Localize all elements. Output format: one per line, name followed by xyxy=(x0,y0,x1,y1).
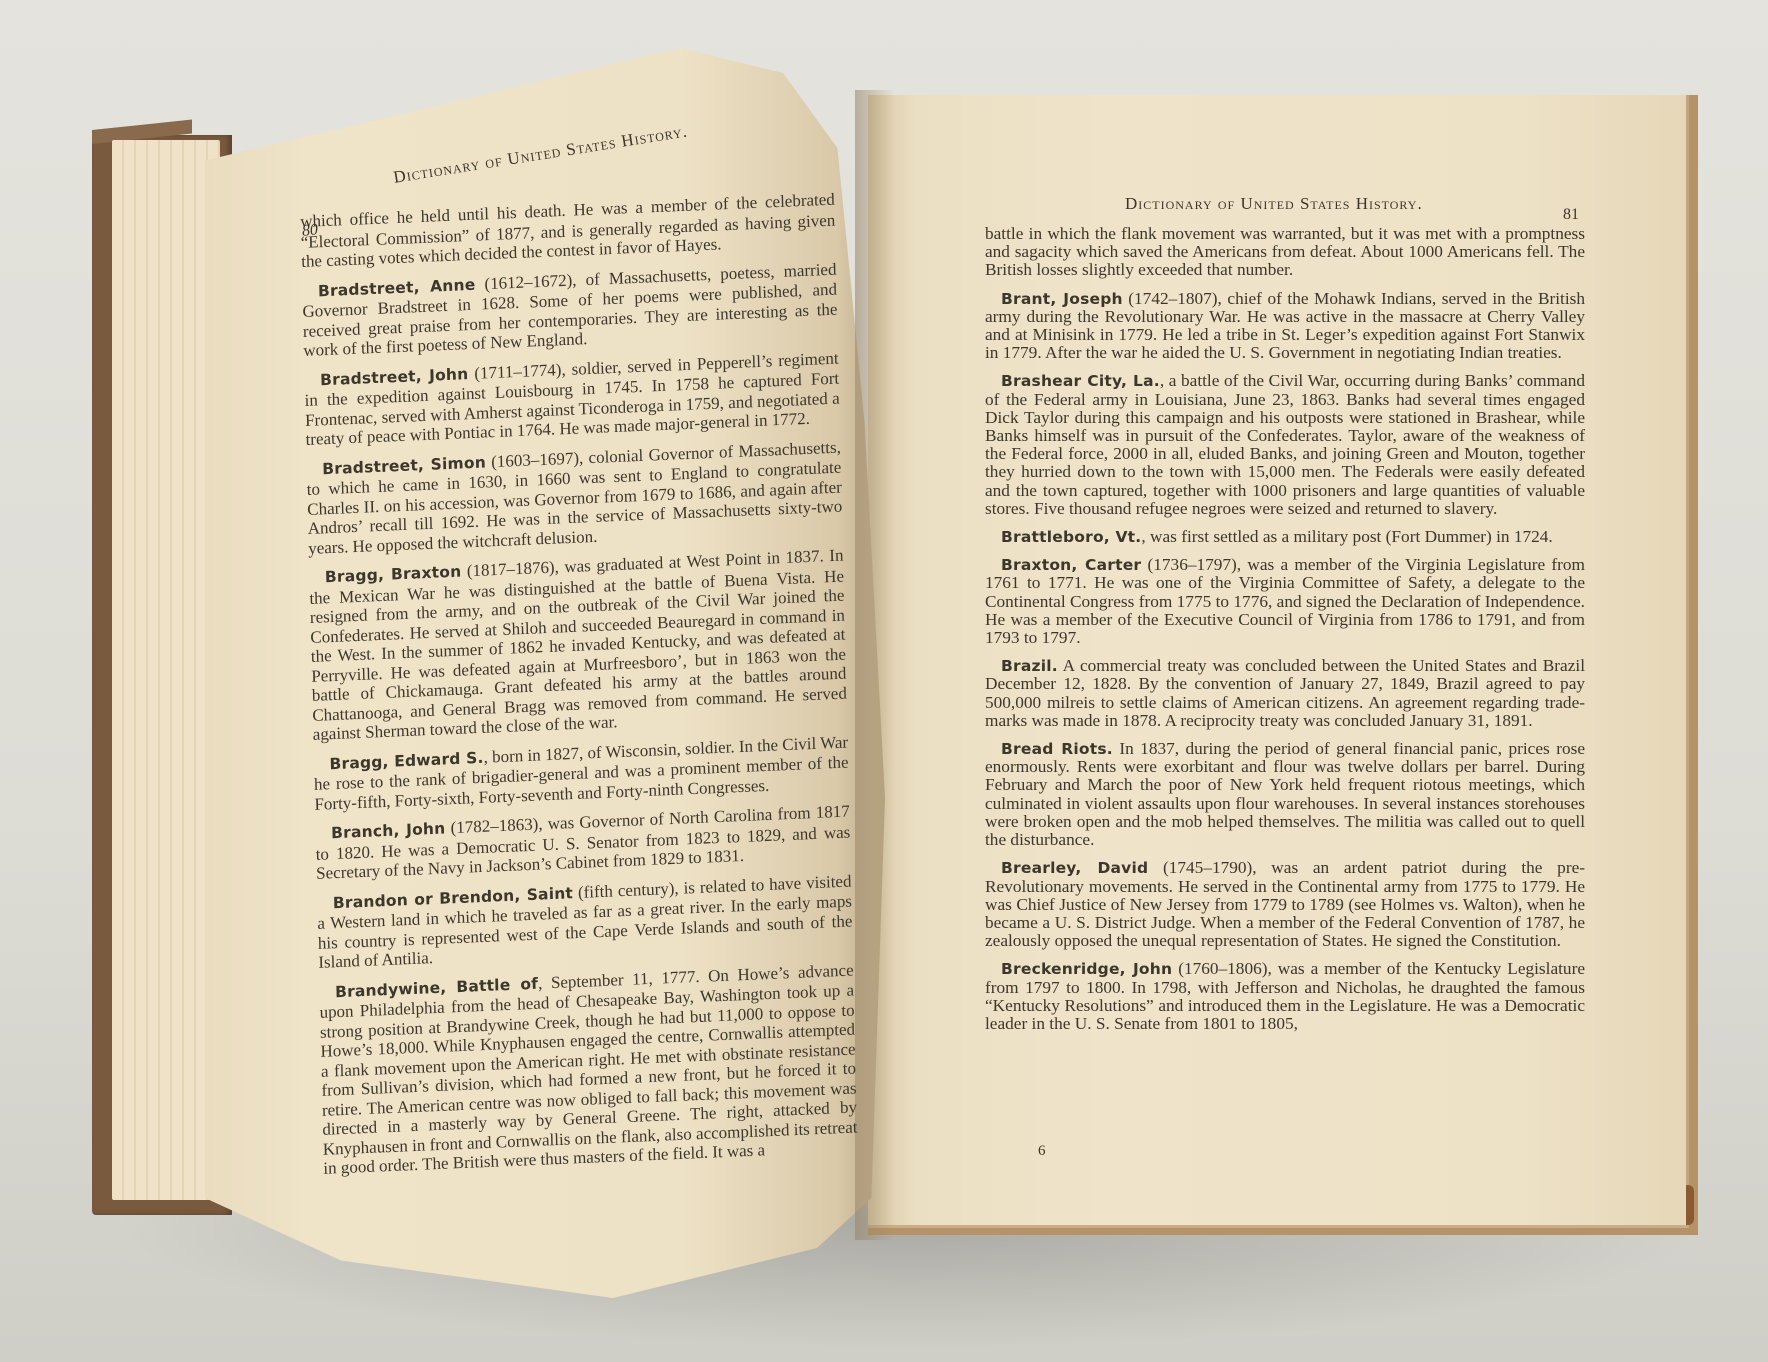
entry: Brandon or Brendon, Saint (fifth century… xyxy=(317,871,853,972)
entry: Brant, Joseph (1742–1807), chief of the … xyxy=(985,290,1585,363)
entry: Bradstreet, John (1711–1774), soldier, s… xyxy=(304,348,840,449)
page-edges-left xyxy=(112,140,220,1200)
entry-text: (1603–1697), colonial Governor of Massac… xyxy=(307,437,843,557)
right-page-number: 81 xyxy=(1563,206,1579,224)
entry: battle in which the flank movement was w… xyxy=(985,225,1585,280)
entry: Brearley, David (1745–1790), was an arde… xyxy=(985,859,1585,950)
left-page-body: which office he held until his death. He… xyxy=(300,190,858,1189)
entry: Bragg, Edward S., born in 1827, of Wisco… xyxy=(313,732,849,814)
entry-headword: Breckenridge, John xyxy=(1001,960,1172,978)
entry-headword: Brazil. xyxy=(1001,657,1058,675)
entry: Brazil. A commercial treaty was conclude… xyxy=(985,657,1585,730)
book-gutter xyxy=(855,90,895,1240)
torn-page-edge xyxy=(1686,1185,1694,1225)
entry-text: , born in 1827, of Wisconsin, soldier. I… xyxy=(314,732,849,813)
entry-headword: Bread Riots. xyxy=(1001,740,1113,758)
entry-headword: Brearley, David xyxy=(1001,859,1148,877)
entry: Bragg, Braxton (1817–1876), was graduate… xyxy=(309,546,848,745)
entry-text: A commercial treaty was concluded betwee… xyxy=(985,656,1585,730)
entry-text: (1612–1672), of Massachusetts, poetess, … xyxy=(302,259,837,360)
entry: Braxton, Carter (1736–1797), was a membe… xyxy=(985,556,1585,647)
entry-text: (1711–1774), soldier, served in Pepperel… xyxy=(304,348,839,449)
entry: Brandywine, Battle of, September 11, 177… xyxy=(319,960,858,1178)
entry: Brattleboro, Vt., was first settled as a… xyxy=(985,528,1585,546)
entry-headword: Brant, Joseph xyxy=(1001,290,1123,308)
entry: Bradstreet, Anne (1612–1672), of Massach… xyxy=(302,259,838,360)
entry: Branch, John (1782–1863), was Governor o… xyxy=(315,802,851,884)
entry: Bread Riots. In 1837, during the period … xyxy=(985,740,1585,849)
entry-text: , a battle of the Civil War, occurring d… xyxy=(985,371,1585,517)
entry-headword: Brashear City, La. xyxy=(1001,372,1160,390)
entry: Bradstreet, Simon (1603–1697), colonial … xyxy=(306,437,843,558)
entry: Brashear City, La., a battle of the Civi… xyxy=(985,372,1585,518)
signature-mark: 6 xyxy=(1038,1143,1046,1160)
right-page-body: battle in which the flank movement was w… xyxy=(985,225,1585,1043)
entry-text: (fifth century), is related to have visi… xyxy=(317,871,852,972)
entry-headword: Brattleboro, Vt. xyxy=(1001,528,1141,546)
entry-text: (1782–1863), was Governor of North Carol… xyxy=(315,802,850,883)
entry-text: battle in which the flank movement was w… xyxy=(985,224,1585,279)
right-running-head: Dictionary of United States History. xyxy=(1125,194,1423,214)
open-book-photo: Dictionary of United States History. 80 … xyxy=(0,0,1768,1362)
entry: Breckenridge, John (1760–1806), was a me… xyxy=(985,960,1585,1033)
entry-text: , was first settled as a military post (… xyxy=(1141,527,1552,546)
entry-headword: Braxton, Carter xyxy=(1001,556,1141,574)
